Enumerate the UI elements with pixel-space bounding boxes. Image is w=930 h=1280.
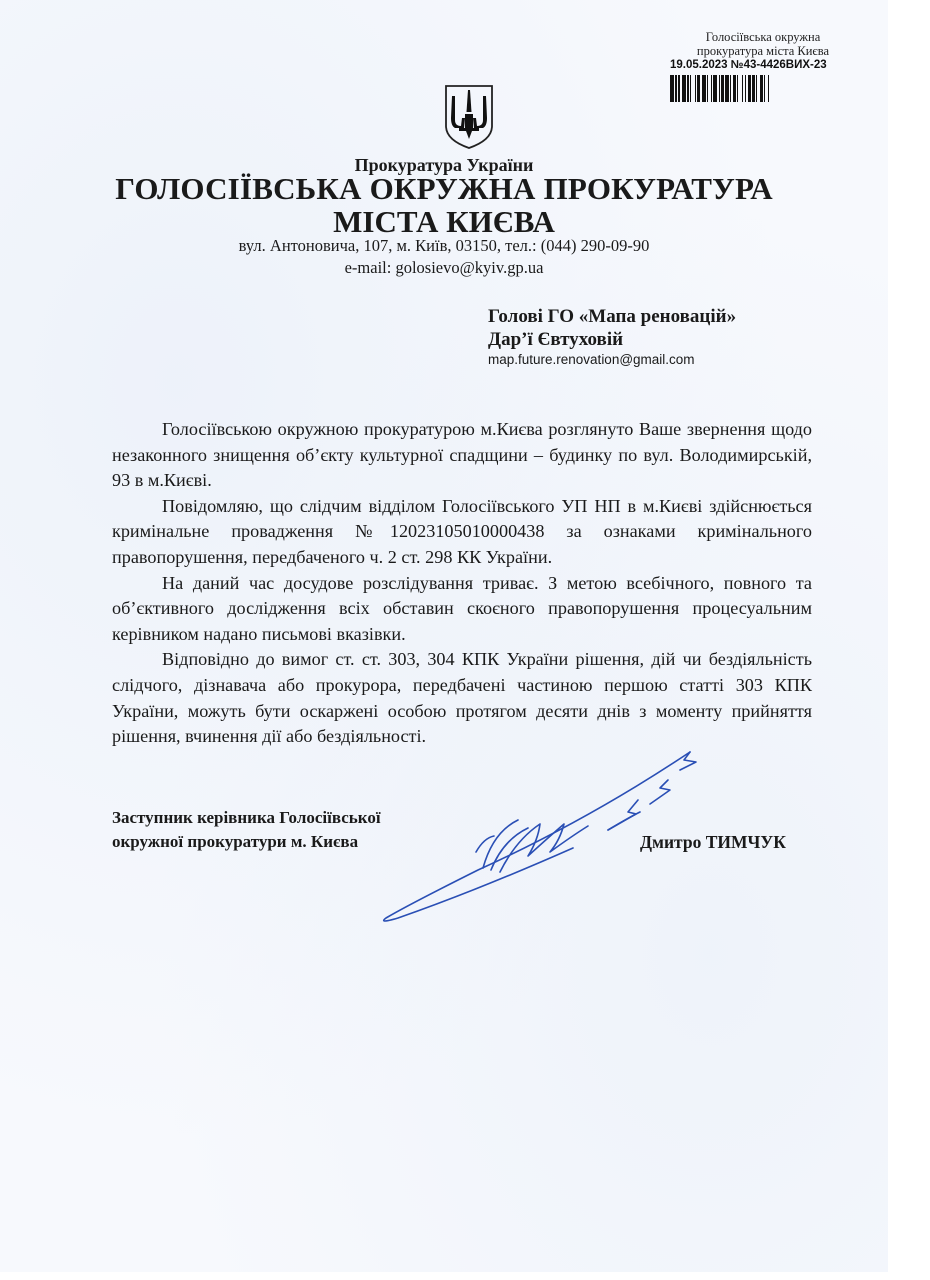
addressee-title: Голові ГО «Мапа реновацій» bbox=[488, 305, 736, 328]
body-paragraph: Голосіївською окружною прокуратурою м.Ки… bbox=[112, 417, 812, 494]
header-city: МІСТА КИЄВА bbox=[0, 205, 888, 239]
signatory-name: Дмитро ТИМЧУК bbox=[640, 832, 786, 853]
registration-stamp: Голосіївська окружна прокуратура міста К… bbox=[668, 30, 858, 102]
addressee-name: Дар’ї Євтуховій bbox=[488, 328, 736, 351]
body-paragraph: Повідомляю, що слідчим відділом Голосіїв… bbox=[112, 494, 812, 571]
body-paragraph: На даний час досудове розслідування трив… bbox=[112, 571, 812, 648]
stamp-org-line1: Голосіївська окружна bbox=[668, 30, 858, 44]
barcode-icon bbox=[670, 75, 850, 102]
addressee-block: Голові ГО «Мапа реновацій» Дар’ї Євтухов… bbox=[488, 305, 736, 369]
stamp-registration-number: 19.05.2023 №43-4426ВИХ-23 bbox=[670, 58, 858, 72]
stamp-org-line2: прокуратура міста Києва bbox=[668, 44, 858, 58]
ukraine-trident-coat-of-arms-icon bbox=[443, 84, 495, 150]
letter-body: Голосіївською окружною прокуратурою м.Ки… bbox=[112, 417, 812, 750]
scanned-letter-page: Голосіївська окружна прокуратура міста К… bbox=[0, 0, 888, 1272]
header-email: e-mail: golosievo@kyiv.gp.ua bbox=[0, 258, 888, 278]
addressee-email: map.future.renovation@gmail.com bbox=[488, 351, 736, 369]
header-office-name: ГОЛОСІЇВСЬКА ОКРУЖНА ПРОКУРАТУРА bbox=[0, 172, 888, 206]
body-paragraph: Відповідно до вимог ст. ст. 303, 304 КПК… bbox=[112, 647, 812, 749]
header-address: вул. Антоновича, 107, м. Київ, 03150, те… bbox=[0, 236, 888, 256]
